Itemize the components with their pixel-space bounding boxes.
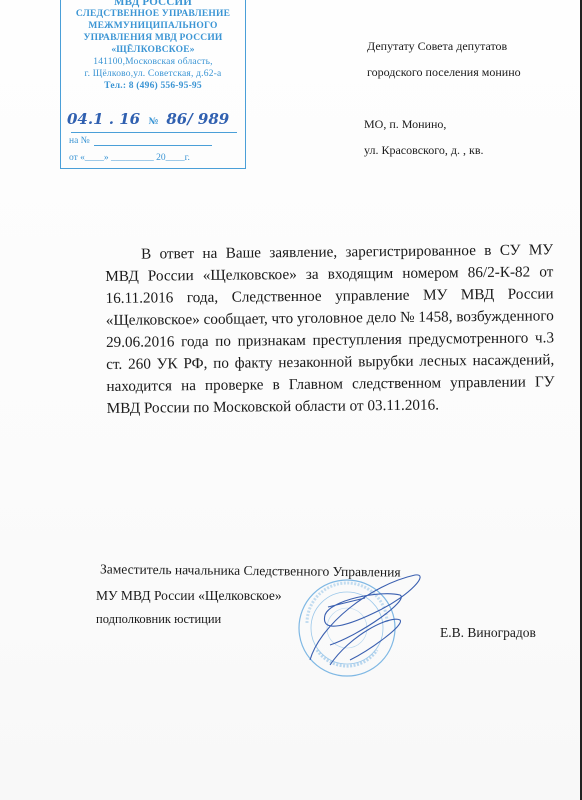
address-line: ул. Красовского, д. , кв. <box>364 144 483 156</box>
stamp-line: МЕЖМУНИЦИПАЛЬНОГО <box>61 20 245 32</box>
outgoing-number: 86/ 989 <box>166 110 229 128</box>
stamp-line: «ЩЁЛКОВСКОЕ» <box>61 44 245 56</box>
signatory-title: Заместитель начальника Следственного Упр… <box>100 561 401 580</box>
stamp-line: СЛЕДСТВЕННОЕ УПРАВЛЕНИЕ <box>61 8 245 20</box>
addressee-line: Депутату Совета депутатов <box>367 40 507 52</box>
handwritten-outgoing-ref: 04.1 . 16 № 86/ 989 <box>67 110 237 132</box>
address-line: МО, п. Монино, <box>364 118 446 130</box>
signatory-name: Е.В. Виноградов <box>440 625 536 641</box>
stamp-line: 141100,Московская область, <box>61 56 245 68</box>
stamp-na-field: на № <box>69 136 239 146</box>
signatory-department: МУ МВД России «Щелковское» <box>96 588 282 604</box>
stamp-line: г. Щёлково,ул. Советская, д.62-а <box>61 68 245 80</box>
na-blank <box>94 145 212 146</box>
outgoing-date: 04.1 . 16 <box>67 110 140 128</box>
signatory-rank: подполковник юстиции <box>96 612 221 627</box>
letter-body: В ответ на Ваше заявление, зарегистриров… <box>105 239 555 420</box>
stamp-line: УПРАВЛЕНИЯ МВД РОССИИ <box>61 32 245 44</box>
number-label: № <box>148 117 158 127</box>
stamp-underline <box>71 132 237 133</box>
registration-stamp: МВД РОССИИ СЛЕДСТВЕННОЕ УПРАВЛЕНИЕ МЕЖМУ… <box>60 0 246 169</box>
na-label: на № <box>69 136 90 146</box>
stamp-line: Тел.: 8 (496) 556-95-95 <box>61 80 245 92</box>
stamp-ot-field: от «____» _________ 20____г. <box>69 153 245 163</box>
stamp-line: МВД РОССИИ <box>61 0 245 8</box>
addressee-line: городского поселения монино <box>367 66 521 78</box>
signature-icon <box>290 565 430 675</box>
